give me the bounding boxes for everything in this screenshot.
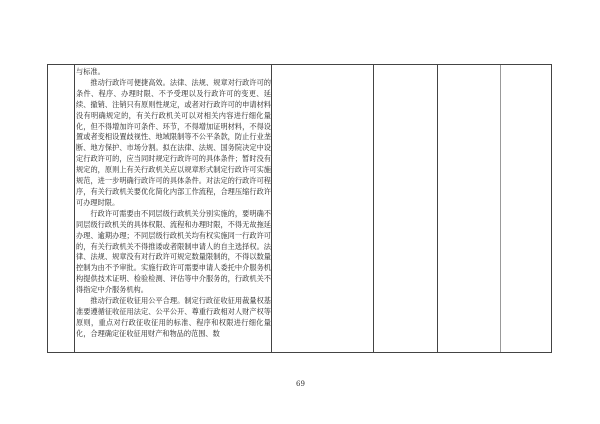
table-content-cell: 与标准。 推动行政许可便捷高效。法律、法规、规章对行政许可的条件、程序、办理时限… <box>76 67 271 340</box>
paragraph: 与标准。 <box>76 67 271 78</box>
column-divider <box>74 65 75 352</box>
column-divider <box>271 65 272 352</box>
column-divider <box>500 65 501 352</box>
document-table: 与标准。 推动行政许可便捷高效。法律、法规、规章对行政许可的条件、程序、办理时限… <box>47 64 552 353</box>
paragraph: 推动行政许可便捷高效。法律、法规、规章对行政许可的条件、程序、办理时限、不予受理… <box>76 78 271 209</box>
column-divider <box>437 65 438 352</box>
paragraph: 推动行政征收征用公平合理。制定行政征收征用裁量权基准要遵循征收征用法定、公平公开… <box>76 296 271 340</box>
column-divider <box>373 65 374 352</box>
page-number: 69 <box>296 380 305 388</box>
paragraph: 行政许可需要由不同层级行政机关分别实施的，要明确不同层级行政机关的具体权限、流程… <box>76 209 271 296</box>
